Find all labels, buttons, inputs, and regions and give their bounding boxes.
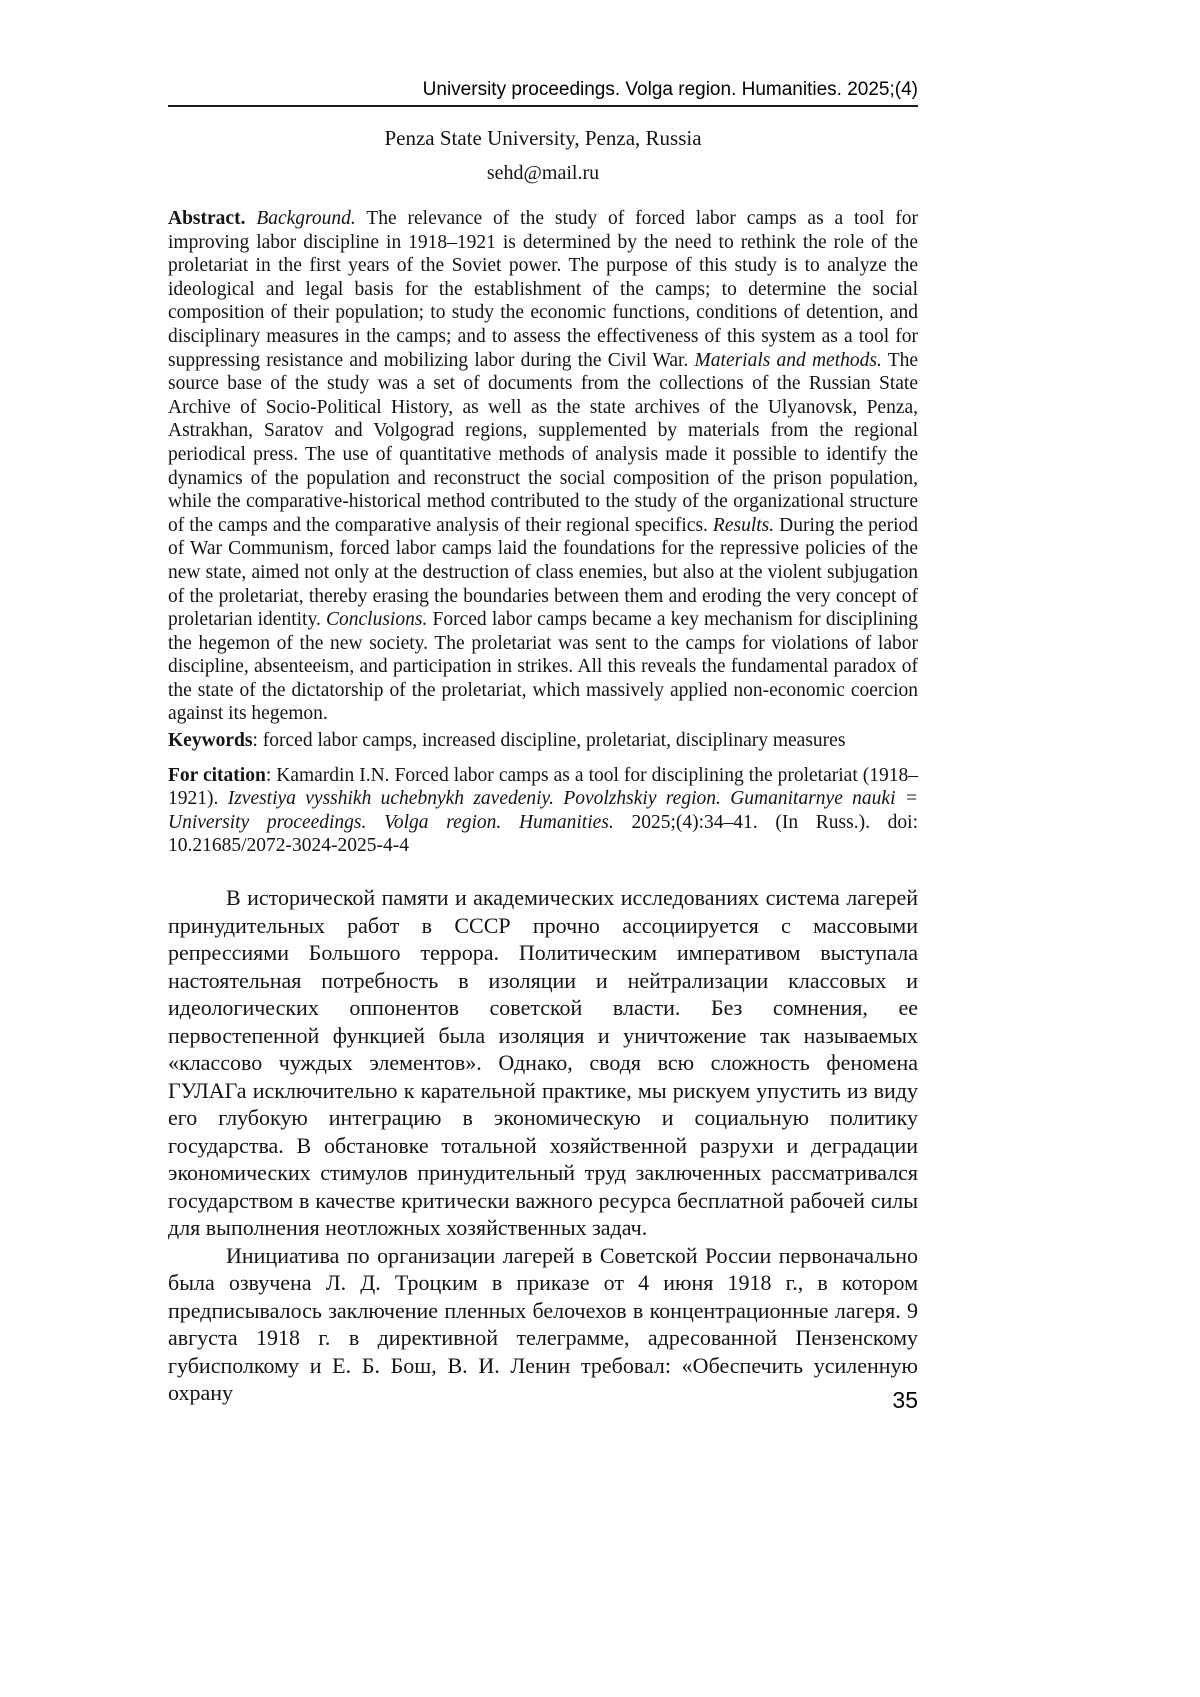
running-header: University proceedings. Volga region. Hu…: [168, 78, 918, 102]
keywords-text: : forced labor camps, increased discipli…: [253, 730, 846, 751]
citation-label: For citation: [168, 765, 266, 786]
header-rule: [168, 105, 918, 107]
journal-page: University proceedings. Volga region. Hu…: [0, 0, 1200, 1697]
text-block: University proceedings. Volga region. Hu…: [168, 0, 918, 1407]
citation-paragraph: For citation: Kamardin I.N. Forced labor…: [168, 764, 918, 858]
keywords-label: Keywords: [168, 730, 253, 751]
abstract-materials-text: The source base of the study was a set o…: [168, 350, 918, 536]
abstract-conclusions-label: Conclusions.: [326, 609, 427, 630]
keywords-paragraph: Keywords: forced labor camps, increased …: [168, 729, 918, 753]
abstract-background-label: Background.: [256, 208, 355, 229]
abstract-paragraph: Abstract. Background. The relevance of t…: [168, 207, 918, 726]
article-body: В исторической памяти и академических ис…: [168, 884, 918, 1407]
body-paragraph-1: В исторической памяти и академических ис…: [168, 884, 918, 1242]
abstract-results-label: Results.: [713, 515, 774, 536]
author-email: sehd@mail.ru: [168, 160, 918, 186]
body-paragraph-2: Инициатива по организации лагерей в Сове…: [168, 1242, 918, 1407]
page-number: 35: [168, 1387, 918, 1413]
abstract-background-text: The relevance of the study of forced lab…: [168, 208, 918, 371]
author-affiliation: Penza State University, Penza, Russia: [168, 125, 918, 151]
abstract-spacer: [245, 208, 256, 229]
abstract-materials-label: Materials and methods.: [695, 350, 882, 371]
abstract-label: Abstract.: [168, 208, 245, 229]
